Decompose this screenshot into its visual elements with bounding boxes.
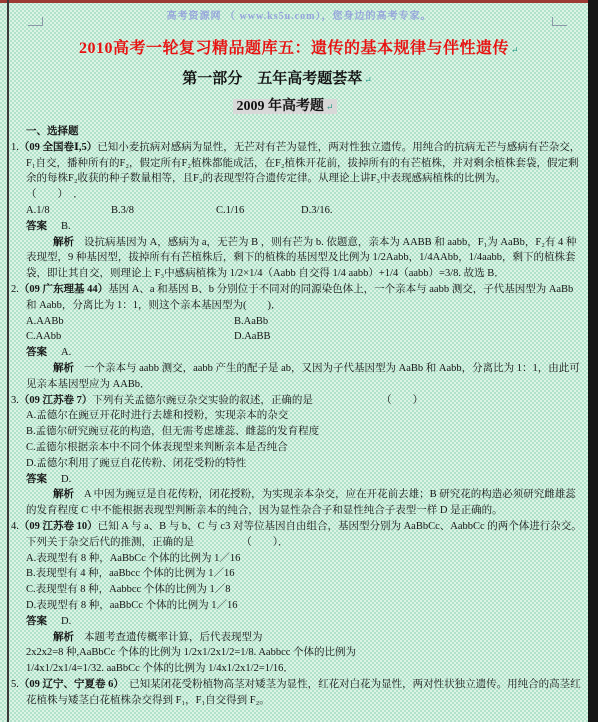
option-c: C.1/16 (216, 203, 301, 219)
question-stem: 3.（09 江苏卷 7）下列有关孟德尔豌豆杂交实验的叙述，正确的是 （ ） (26, 393, 582, 409)
answer-label: 答案 (26, 347, 47, 358)
question-number: 4. (11, 521, 19, 532)
analysis-text: 一个亲本与 aabb 测交，aabb 产生的配子是 ab，又因为子代基因型为 A… (26, 363, 580, 390)
analysis-line: 解析设抗病基因为 A，感病为 a，无芒为 B ，则有芒为 b. 依题意，亲本为 … (26, 235, 582, 282)
page-title: 2010高考一轮复习精品题库五：遗传的基本规律与伴性遗传 (0, 35, 598, 58)
option-d: D.表现型有 8 种，aaBbCc 个体的比例为 1／16 (26, 598, 582, 614)
analysis-text: A 中因为豌豆是自花传粉，闭花授粉，为实现亲本杂交，应在开花前去雄；B 研究花的… (26, 489, 576, 516)
answer-label: 答案 (26, 221, 47, 232)
analysis-label: 解析 (53, 363, 74, 374)
question-1: 1.（09 全国卷Ⅰ,5）已知小麦抗病对感病为显性，无芒对有芒为显性，两对性独立… (26, 140, 582, 282)
question-stem: 5.（09 辽宁、宁夏卷 6） 已知某闭花受粉植物高茎对矮茎为显性，红花对白花为… (26, 677, 582, 709)
option-d: D.AaBB (234, 329, 582, 345)
question-text: 已知 A 与 a、B 与 b、C 与 c3 对等位基因自由组合，基因型分别为 A… (26, 521, 582, 548)
question-5: 5.（09 辽宁、宁夏卷 6） 已知某闭花受粉植物高茎对矮茎为显性，红花对白花为… (26, 677, 582, 709)
analysis-label: 解析 (53, 632, 74, 643)
question-3: 3.（09 江苏卷 7）下列有关孟德尔豌豆杂交实验的叙述，正确的是 （ ） A.… (26, 393, 582, 519)
right-edge-strip (588, 0, 598, 722)
question-number: 5. (11, 679, 19, 690)
answer-value: B. (61, 221, 71, 232)
question-source-tag: （09 江苏卷 7） (19, 395, 93, 406)
year-heading: 2009 年高考题 (0, 95, 584, 115)
site-watermark: 高考资源网 （ www.ks5u.com），您身边的高考专家。 (0, 0, 598, 22)
question-text: 基因 A、a 和基因 B、b 分别位于不同对的同源染色体上，一个亲本与 aabb… (26, 284, 573, 311)
question-text: 下列有关孟德尔豌豆杂交实验的叙述，正确的是 （ ） (92, 395, 423, 406)
analysis-line: 解析本题考查遗传概率计算，后代表现型为 (26, 630, 582, 646)
top-border-line (0, 0, 598, 3)
question-number: 3. (11, 395, 19, 406)
document-page: 高考资源网 （ www.ks5u.com），您身边的高考专家。 2010高考一轮… (0, 0, 598, 722)
question-stem: 4.（09 江苏卷 10）已知 A 与 a、B 与 b、C 与 c3 对等位基因… (26, 519, 582, 551)
year-heading-highlight: 2009 年高考题 (233, 99, 336, 114)
answer-line: 答案D. (26, 614, 582, 630)
answer-value: A. (61, 347, 71, 358)
analysis-label: 解析 (53, 237, 74, 248)
option-a: A.孟德尔在豌豆开花时进行去雄和授粉，实现亲本的杂交 (26, 408, 582, 424)
document-body: 一、选择题 1.（09 全国卷Ⅰ,5）已知小麦抗病对感病为显性，无芒对有芒为显性… (26, 124, 582, 708)
option-c: C.孟德尔根据亲本中不同个体表现型来判断亲本是否纯合 (26, 440, 582, 456)
answer-label: 答案 (26, 616, 47, 627)
analysis-calculation-line: 1/4x1/2x1/4=1/32. aaBbCc 个体的比例为 1/4x1/2x… (26, 661, 582, 677)
answer-label: 答案 (26, 474, 47, 485)
option-d: D.3/16. (301, 203, 333, 219)
option-a: A.表现型有 8 种，AaBbCc 个体的比例为 1／16 (26, 551, 582, 567)
option-b: B.表现型有 4 种，aaBbcc 个体的比例为 1／16 (26, 566, 582, 582)
options-list: A.孟德尔在豌豆开花时进行去雄和授粉，实现亲本的杂交 B.孟德尔研究豌豆花的构造… (26, 408, 582, 471)
option-c: C.AAbb (26, 329, 234, 345)
analysis-text: 本题考查遗传概率计算，后代表现型为 (84, 632, 263, 643)
answer-value: D. (61, 616, 71, 627)
options-grid: A.AABbB.AaBbC.AAbbD.AaBB (26, 314, 582, 346)
question-source-tag: （09 江苏卷 10） (19, 521, 98, 532)
question-4: 4.（09 江苏卷 10）已知 A 与 a、B 与 b、C 与 c3 对等位基因… (26, 519, 582, 677)
options-row: A.1/8B.3/8C.1/16D.3/16. (26, 203, 582, 219)
option-d: D.孟德尔利用了豌豆自花传粉、闭花受粉的特性 (26, 456, 582, 472)
analysis-text: 设抗病基因为 A，感病为 a，无芒为 B ，则有芒为 b. 依题意，亲本为 AA… (26, 237, 576, 280)
question-number: 1. (11, 142, 19, 153)
option-b: B.孟德尔研究豌豆花的构造，但无需考虑雄蕊、雌蕊的发育程度 (26, 424, 582, 440)
question-source-tag: （09 辽宁、宁夏卷 6） (19, 679, 119, 690)
answer-line: 答案A. (26, 345, 582, 361)
question-source-tag: （09 全国卷Ⅰ,5） (19, 142, 97, 153)
question-stem: 1.（09 全国卷Ⅰ,5）已知小麦抗病对感病为显性，无芒对有芒为显性，两对性独立… (26, 140, 582, 187)
option-a: A.1/8 (26, 203, 111, 219)
answer-bracket: （ ） ． (26, 187, 582, 203)
analysis-calculation-line: 2x2x2=8 种,AaBbCc 个体的比例为 1/2x1/2x1/2=1/8.… (26, 645, 582, 661)
text-boundary-mark-top-left (28, 17, 43, 26)
question-2: 2.（09 广东理基 44）基因 A、a 和基因 B、b 分别位于不同对的同源染… (26, 282, 582, 393)
option-b: B.AaBb (234, 314, 582, 330)
options-list: A.表现型有 8 种，AaBbCc 个体的比例为 1／16 B.表现型有 4 种… (26, 551, 582, 614)
answer-line: 答案B. (26, 219, 582, 235)
question-text: 已知小麦抗病对感病为显性，无芒对有芒为显性，两对性独立遗传。用纯合的抗病无芒与感… (26, 142, 580, 185)
section-heading: 一、选择题 (26, 124, 582, 140)
question-source-tag: （09 广东理基 44） (19, 284, 108, 295)
option-b: B.3/8 (111, 203, 216, 219)
left-border-line (7, 0, 9, 722)
question-stem: 2.（09 广东理基 44）基因 A、a 和基因 B、b 分别位于不同对的同源染… (26, 282, 582, 314)
answer-value: D. (61, 474, 71, 485)
analysis-label: 解析 (53, 489, 74, 500)
question-number: 2. (11, 284, 19, 295)
part-heading: 第一部分 五年高考题荟萃 (0, 67, 576, 88)
option-c: C.表现型有 8 种，Aabbcc 个体的比例为 1／8 (26, 582, 582, 598)
analysis-line: 解析一个亲本与 aabb 测交，aabb 产生的配子是 ab，又因为子代基因型为… (26, 361, 582, 393)
answer-line: 答案D. (26, 472, 582, 488)
analysis-line: 解析A 中因为豌豆是自花传粉，闭花授粉，为实现亲本杂交，应在开花前去雄；B 研究… (26, 487, 582, 519)
option-a: A.AABb (26, 314, 234, 330)
text-boundary-mark-top-right (552, 17, 567, 26)
